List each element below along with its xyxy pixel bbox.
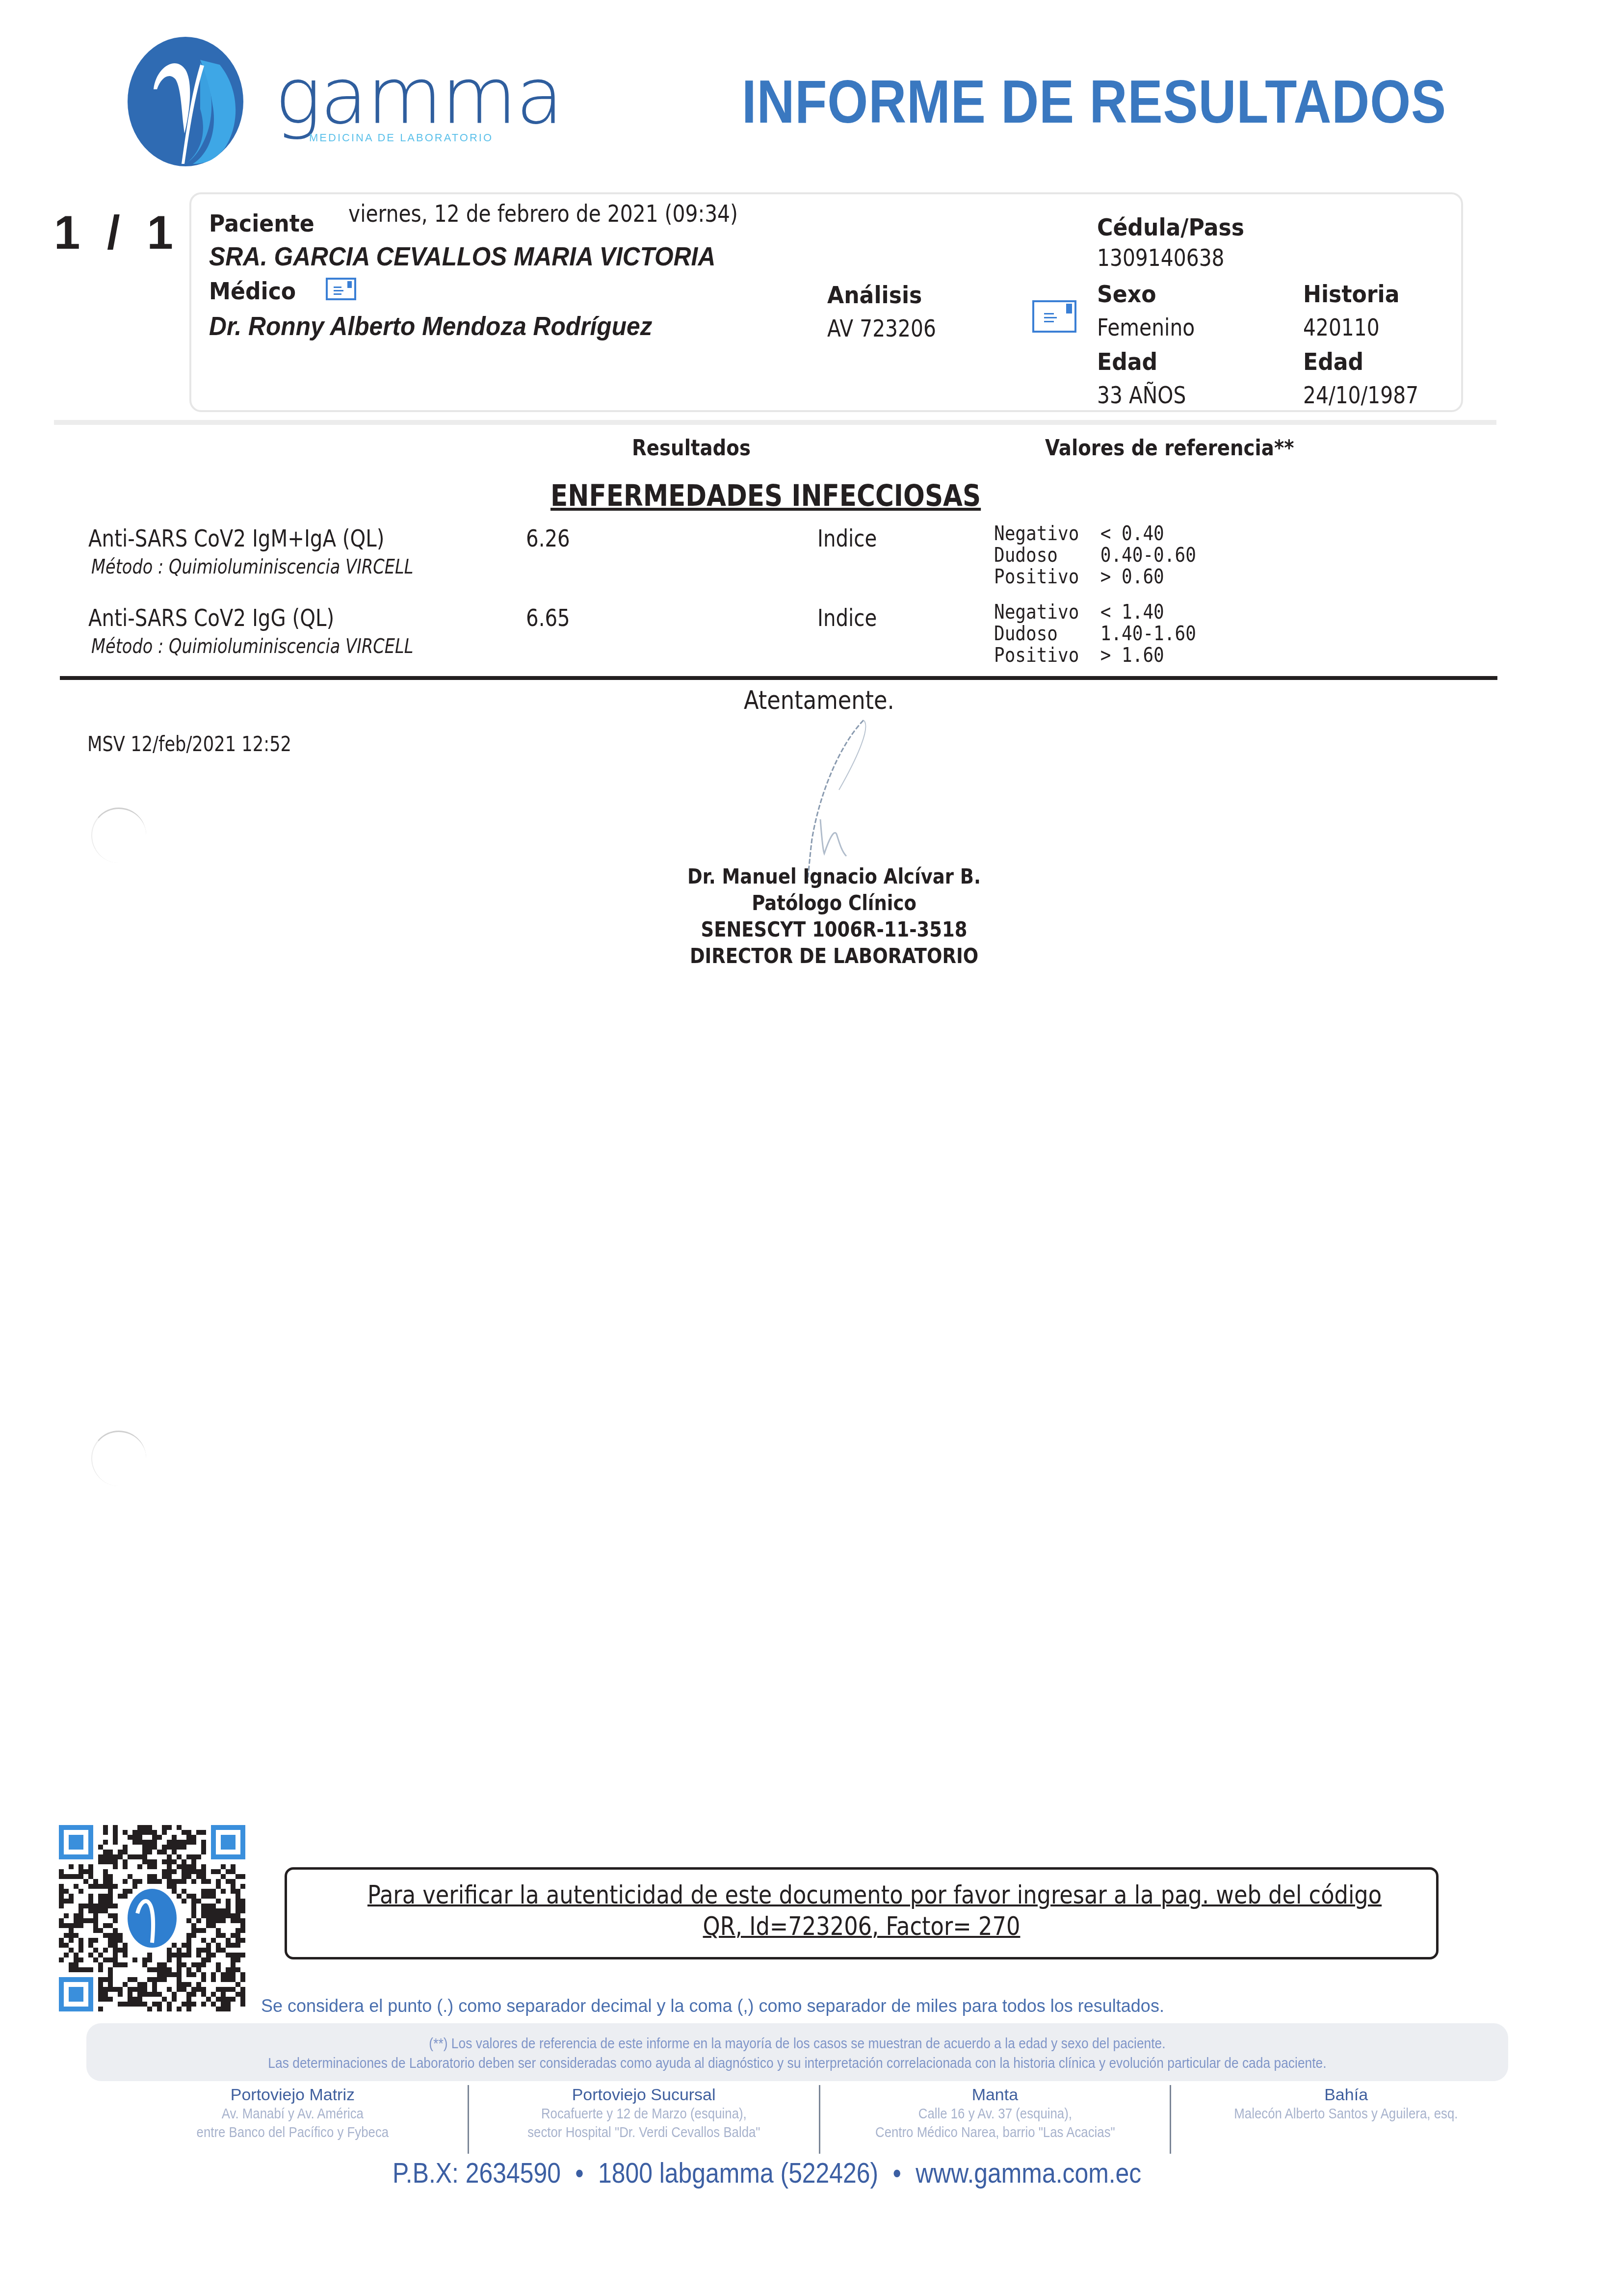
test-reference-range: Negativo < 0.40 Dudoso 0.40-0.60 Positiv…	[994, 523, 1196, 588]
branch-address: sector Hospital "Dr. Verdi Cevallos Bald…	[494, 2123, 794, 2142]
test-method: Método : Quimioluminiscencia VIRCELL	[91, 637, 413, 656]
signer-title: Patólogo Clínico	[661, 890, 1007, 916]
gamma-logo-icon	[127, 35, 244, 168]
branch-address: Centro Médico Narea, barrio "Las Acacias…	[844, 2123, 1145, 2142]
results-divider	[60, 676, 1497, 680]
id-label: Cédula/Pass	[1097, 216, 1244, 239]
signer-registration: SENESCYT 1006R-11-3518	[661, 916, 1007, 943]
sex-label: Sexo	[1097, 283, 1156, 306]
analysis-label: Análisis	[827, 284, 922, 307]
branch-item: Manta Calle 16 y Av. 37 (esquina), Centr…	[820, 2085, 1172, 2154]
birthdate-label: Edad	[1303, 350, 1363, 374]
history-number: 420110	[1303, 316, 1380, 339]
punch-hole-mark	[91, 1431, 146, 1486]
test-value: 6.26	[526, 527, 570, 550]
signer-block: Dr. Manuel Ignacio Alcívar B. Patólogo C…	[638, 863, 1030, 969]
branch-name: Bahía	[1171, 2085, 1521, 2105]
signer-name: Dr. Manuel Ignacio Alcívar B.	[661, 863, 1007, 890]
pbx-phone[interactable]: P.B.X: 2634590	[393, 2157, 561, 2189]
report-date: viernes, 12 de febrero de 2021 (09:34)	[348, 202, 738, 226]
branch-address: Av. Manabí y Av. América	[142, 2105, 443, 2123]
brand-tagline: Medicina de Laboratorio	[309, 131, 493, 144]
results-column-header: Resultados	[632, 438, 751, 459]
decimal-separator-note: Se considera el punto (.) como separador…	[261, 1996, 1164, 2016]
toll-free-phone[interactable]: 1800 labgamma (522426)	[598, 2157, 878, 2189]
branch-name: Portoviejo Matriz	[118, 2085, 468, 2105]
age-value: 33 AÑOS	[1097, 384, 1186, 407]
branch-address: Calle 16 y Av. 37 (esquina),	[844, 2105, 1145, 2123]
doctor-label: Médico	[209, 280, 296, 303]
test-method: Método : Quimioluminiscencia VIRCELL	[91, 557, 413, 577]
signature-icon	[765, 716, 893, 883]
separator-dot: •	[892, 2157, 901, 2189]
branch-address: Malecón Alberto Santos y Aguilera, esq.	[1196, 2105, 1496, 2123]
validation-stamp: MSV 12/feb/2021 12:52	[87, 732, 291, 756]
report-title: INFORME DE RESULTADOS	[742, 72, 1446, 132]
branch-list: Portoviejo Matriz Av. Manabí y Av. Améri…	[118, 2085, 1521, 2154]
branch-item: Bahía Malecón Alberto Santos y Aguilera,…	[1171, 2085, 1521, 2154]
verification-line-2: QR, Id=723206, Factor= 270	[367, 1911, 1356, 1942]
test-unit: Indice	[817, 527, 877, 550]
signer-role: DIRECTOR DE LABORATORIO	[661, 943, 1007, 969]
verification-notice: Para verificar la autenticidad de este d…	[285, 1867, 1439, 1959]
verification-line-1: Para verificar la autenticidad de este d…	[367, 1879, 1356, 1911]
patient-label: Paciente	[209, 212, 314, 235]
doctor-mail-icon[interactable]	[326, 278, 356, 300]
disclaimer-line-2: Las determinaciones de Laboratorio deben…	[172, 2054, 1423, 2073]
branch-address: entre Banco del Pacífico y Fybeca	[142, 2123, 443, 2142]
qr-code-icon[interactable]	[59, 1825, 245, 2011]
analysis-mail-icon[interactable]	[1032, 300, 1076, 333]
separator-dot: •	[575, 2157, 583, 2189]
disclaimer-line-1: (**) Los valores de referencia de este i…	[172, 2034, 1423, 2054]
branch-item: Portoviejo Sucursal Rocafuerte y 12 de M…	[469, 2085, 820, 2154]
punch-hole-mark	[91, 808, 146, 863]
contact-bar: P.B.X: 2634590•1800 labgamma (522426)•ww…	[393, 2157, 1141, 2190]
branch-item: Portoviejo Matriz Av. Manabí y Av. Améri…	[118, 2085, 469, 2154]
history-label: Historia	[1303, 283, 1400, 306]
id-number: 1309140638	[1097, 246, 1225, 270]
age-label: Edad	[1097, 350, 1157, 374]
patient-name: SRA. GARCIA CEVALLOS MARIA VICTORIA	[209, 243, 715, 270]
header-divider	[54, 420, 1496, 425]
birthdate-value: 24/10/1987	[1303, 384, 1418, 407]
branch-name: Manta	[820, 2085, 1170, 2105]
sex-value: Femenino	[1097, 316, 1195, 339]
website-link[interactable]: www.gamma.com.ec	[916, 2157, 1141, 2189]
test-name: Anti-SARS CoV2 IgM+IgA (QL)	[88, 527, 385, 550]
doctor-name: Dr. Ronny Alberto Mendoza Rodríguez	[209, 313, 652, 339]
reference-column-header: Valores de referencia**	[1045, 438, 1294, 459]
test-name: Anti-SARS CoV2 IgG (QL)	[88, 606, 334, 630]
test-unit: Indice	[817, 606, 877, 630]
reference-disclaimer: (**) Los valores de referencia de este i…	[86, 2023, 1508, 2081]
section-title: ENFERMEDADES INFECCIOSAS	[550, 480, 981, 512]
branch-name: Portoviejo Sucursal	[469, 2085, 819, 2105]
page-counter: 1 / 1	[54, 206, 180, 260]
brand-wordmark: gamma	[275, 58, 562, 135]
analysis-number: AV 723206	[827, 317, 936, 340]
test-reference-range: Negativo < 1.40 Dudoso 1.40-1.60 Positiv…	[994, 601, 1196, 666]
branch-address: Rocafuerte y 12 de Marzo (esquina),	[494, 2105, 794, 2123]
test-value: 6.65	[526, 606, 570, 630]
closing-greeting: Atentamente.	[744, 686, 894, 715]
